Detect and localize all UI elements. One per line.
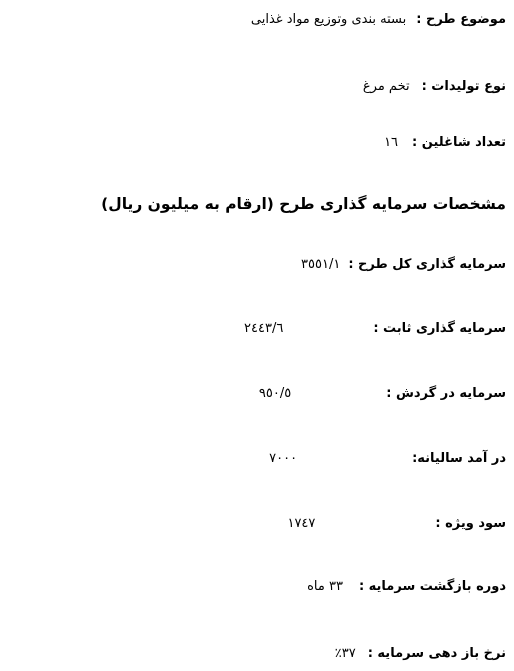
annual-income-label: در آمد سالیانه: xyxy=(412,451,506,468)
field-row-annual-income: در آمد سالیانه: ٧٠٠٠ xyxy=(269,451,506,468)
working-capital-value: ٩٥٠/٥ xyxy=(259,386,291,403)
field-row-project-subject: موضوع طرح : بسته بندی وتوزیع مواد غذایی xyxy=(251,12,506,29)
working-capital-label: سرمایه در گردش : xyxy=(386,386,506,403)
project-subject-label: موضوع طرح : xyxy=(416,12,506,29)
field-row-working-capital: سرمایه در گردش : ٩٥٠/٥ xyxy=(259,386,506,403)
field-row-employees-count: تعداد شاغلین : ١٦ xyxy=(384,135,506,152)
return-rate-value: ٣٧٪ xyxy=(335,646,356,663)
product-type-value: تخم مرغ xyxy=(363,79,410,96)
field-row-total-investment: سرمایه گذاری کل طرح : ٣٥٥١/١ xyxy=(301,257,506,274)
payback-period-value: ٣٣ ماه xyxy=(307,579,343,596)
net-profit-label: سود ویژه : xyxy=(435,516,506,533)
product-type-label: نوع تولیدات : xyxy=(422,79,506,96)
document-page: موضوع طرح : بسته بندی وتوزیع مواد غذایی … xyxy=(0,0,514,671)
field-row-fixed-investment: سرمایه گذاری ثابت : ٢٤٤٣/٦ xyxy=(244,321,506,338)
total-investment-value: ٣٥٥١/١ xyxy=(301,257,340,274)
employees-count-label: تعداد شاغلین : xyxy=(412,135,506,152)
section-heading: مشخصات سرمایه گذاری طرح (ارقام به میلیون… xyxy=(101,194,506,214)
payback-period-label: دوره بازگشت سرمایه : xyxy=(359,579,506,596)
fixed-investment-value: ٢٤٤٣/٦ xyxy=(244,321,283,338)
field-row-payback-period: دوره بازگشت سرمایه : ٣٣ ماه xyxy=(307,579,506,596)
return-rate-label: نرخ باز دهی سرمایه : xyxy=(368,646,506,663)
net-profit-value: ١٧٤٧ xyxy=(287,516,315,533)
field-row-product-type: نوع تولیدات : تخم مرغ xyxy=(363,79,506,96)
field-row-return-rate: نرخ باز دهی سرمایه : ٣٧٪ xyxy=(335,646,506,663)
project-subject-value: بسته بندی وتوزیع مواد غذایی xyxy=(251,12,406,29)
employees-count-value: ١٦ xyxy=(384,135,398,152)
field-row-net-profit: سود ویژه : ١٧٤٧ xyxy=(287,516,506,533)
annual-income-value: ٧٠٠٠ xyxy=(269,451,297,468)
total-investment-label: سرمایه گذاری کل طرح : xyxy=(348,257,506,274)
fixed-investment-label: سرمایه گذاری ثابت : xyxy=(373,321,506,338)
